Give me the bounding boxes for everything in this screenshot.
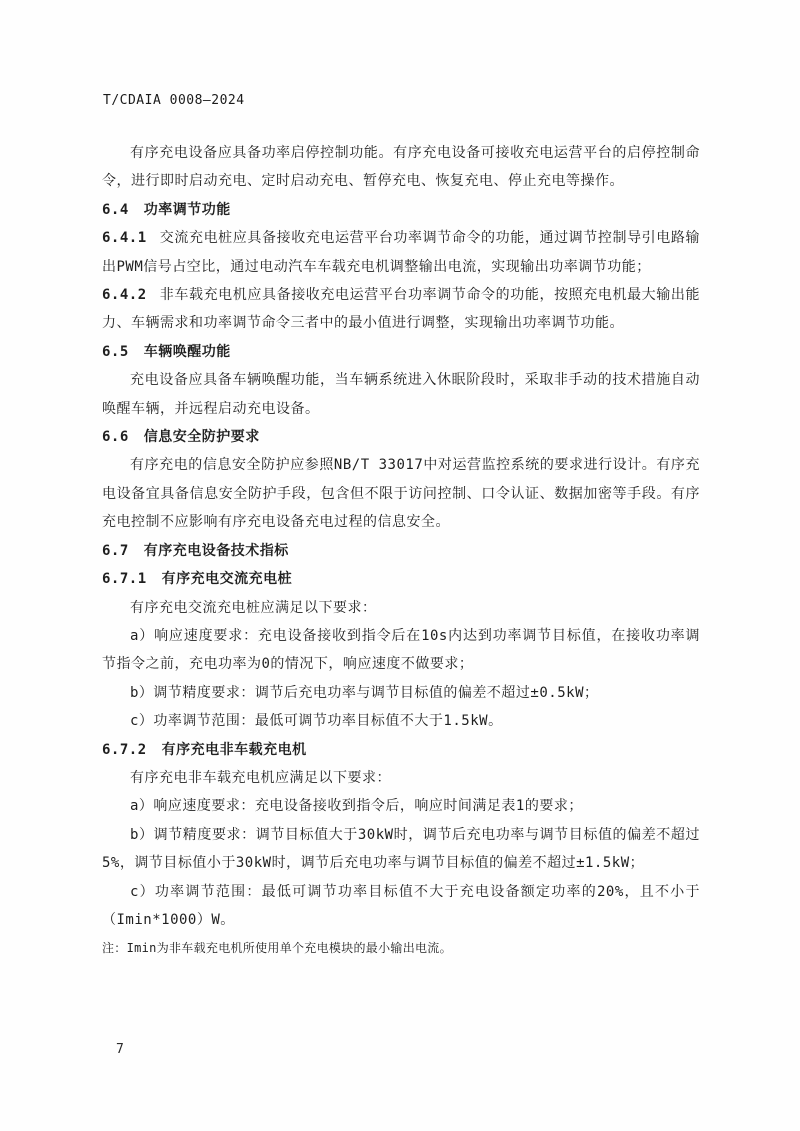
list-item-b-accuracy-2: b）调节精度要求：调节目标值大于30kW时，调节后充电功率与调节目标值的偏差不超…: [102, 821, 700, 878]
document-page: T/CDAIA 0008—2024 有序充电设备应具备功率启停控制功能。有序充电…: [0, 0, 800, 1131]
section-heading-6-7: 6.7有序充电设备技术指标: [102, 537, 700, 565]
list-item-c-power-range-2: c）功率调节范围：最低可调节功率目标值不大于充电设备额定功率的20%，且不小于（…: [102, 878, 700, 935]
section-title: 有序充电非车载充电机: [162, 742, 307, 758]
section-heading-6-6: 6.6信息安全防护要求: [102, 423, 700, 451]
list-item-b-accuracy: b）调节精度要求：调节后充电功率与调节目标值的偏差不超过±0.5kW；: [102, 679, 700, 707]
document-code: T/CDAIA 0008—2024: [103, 93, 245, 108]
clause-number: 6.4.2: [102, 287, 147, 303]
section-heading-6-7-1: 6.7.1有序充电交流充电桩: [102, 565, 700, 593]
list-item-a-response-speed: a）响应速度要求：充电设备接收到指令后在10s内达到功率调节目标值，在接收功率调…: [102, 622, 700, 679]
section-title: 车辆唤醒功能: [144, 344, 231, 360]
page-number: 7: [116, 1042, 124, 1057]
paragraph-ac-pile-intro: 有序充电交流充电桩应满足以下要求：: [102, 594, 700, 622]
section-heading-6-5: 6.5车辆唤醒功能: [102, 338, 700, 366]
section-number: 6.7.2: [102, 742, 147, 758]
section-heading-6-4: 6.4功率调节功能: [102, 196, 700, 224]
section-title: 信息安全防护要求: [144, 429, 260, 445]
paragraph-info-security: 有序充电的信息安全防护应参照NB/T 33017中对运营监控系统的要求进行设计。…: [102, 451, 700, 536]
document-body: 有序充电设备应具备功率启停控制功能。有序充电设备可接收充电运营平台的启停控制命令…: [102, 139, 700, 963]
clause-number: 6.4.1: [102, 230, 147, 246]
clause-text: 交流充电桩应具备接收充电运营平台功率调节命令的功能，通过调节控制导引电路输出PW…: [102, 230, 700, 274]
paragraph-power-start-stop: 有序充电设备应具备功率启停控制功能。有序充电设备可接收充电运营平台的启停控制命令…: [102, 139, 700, 196]
list-item-c-power-range: c）功率调节范围：最低可调节功率目标值不大于1.5kW。: [102, 707, 700, 735]
section-number: 6.6: [102, 429, 129, 445]
clause-6-4-1: 6.4.1交流充电桩应具备接收充电运营平台功率调节命令的功能，通过调节控制导引电…: [102, 224, 700, 281]
section-number: 6.5: [102, 344, 129, 360]
paragraph-vehicle-wakeup: 充电设备应具备车辆唤醒功能，当车辆系统进入休眠阶段时，采取非手动的技术措施自动唤…: [102, 366, 700, 423]
section-title: 有序充电设备技术指标: [144, 543, 289, 559]
clause-text: 非车载充电机应具备接收充电运营平台功率调节命令的功能，按照充电机最大输出能力、车…: [102, 287, 700, 331]
section-number: 6.4: [102, 202, 129, 218]
section-heading-6-7-2: 6.7.2有序充电非车载充电机: [102, 736, 700, 764]
section-number: 6.7.1: [102, 571, 147, 587]
section-number: 6.7: [102, 543, 129, 559]
clause-6-4-2: 6.4.2非车载充电机应具备接收充电运营平台功率调节命令的功能，按照充电机最大输…: [102, 281, 700, 338]
paragraph-offboard-charger-intro: 有序充电非车载充电机应满足以下要求：: [102, 764, 700, 792]
list-item-a-response-speed-2: a）响应速度要求：充电设备接收到指令后，响应时间满足表1的要求；: [102, 792, 700, 820]
footnote-imin: 注：Imin为非车载充电机所使用单个充电模块的最小输出电流。: [102, 934, 700, 962]
section-title: 有序充电交流充电桩: [162, 571, 293, 587]
section-title: 功率调节功能: [144, 202, 231, 218]
